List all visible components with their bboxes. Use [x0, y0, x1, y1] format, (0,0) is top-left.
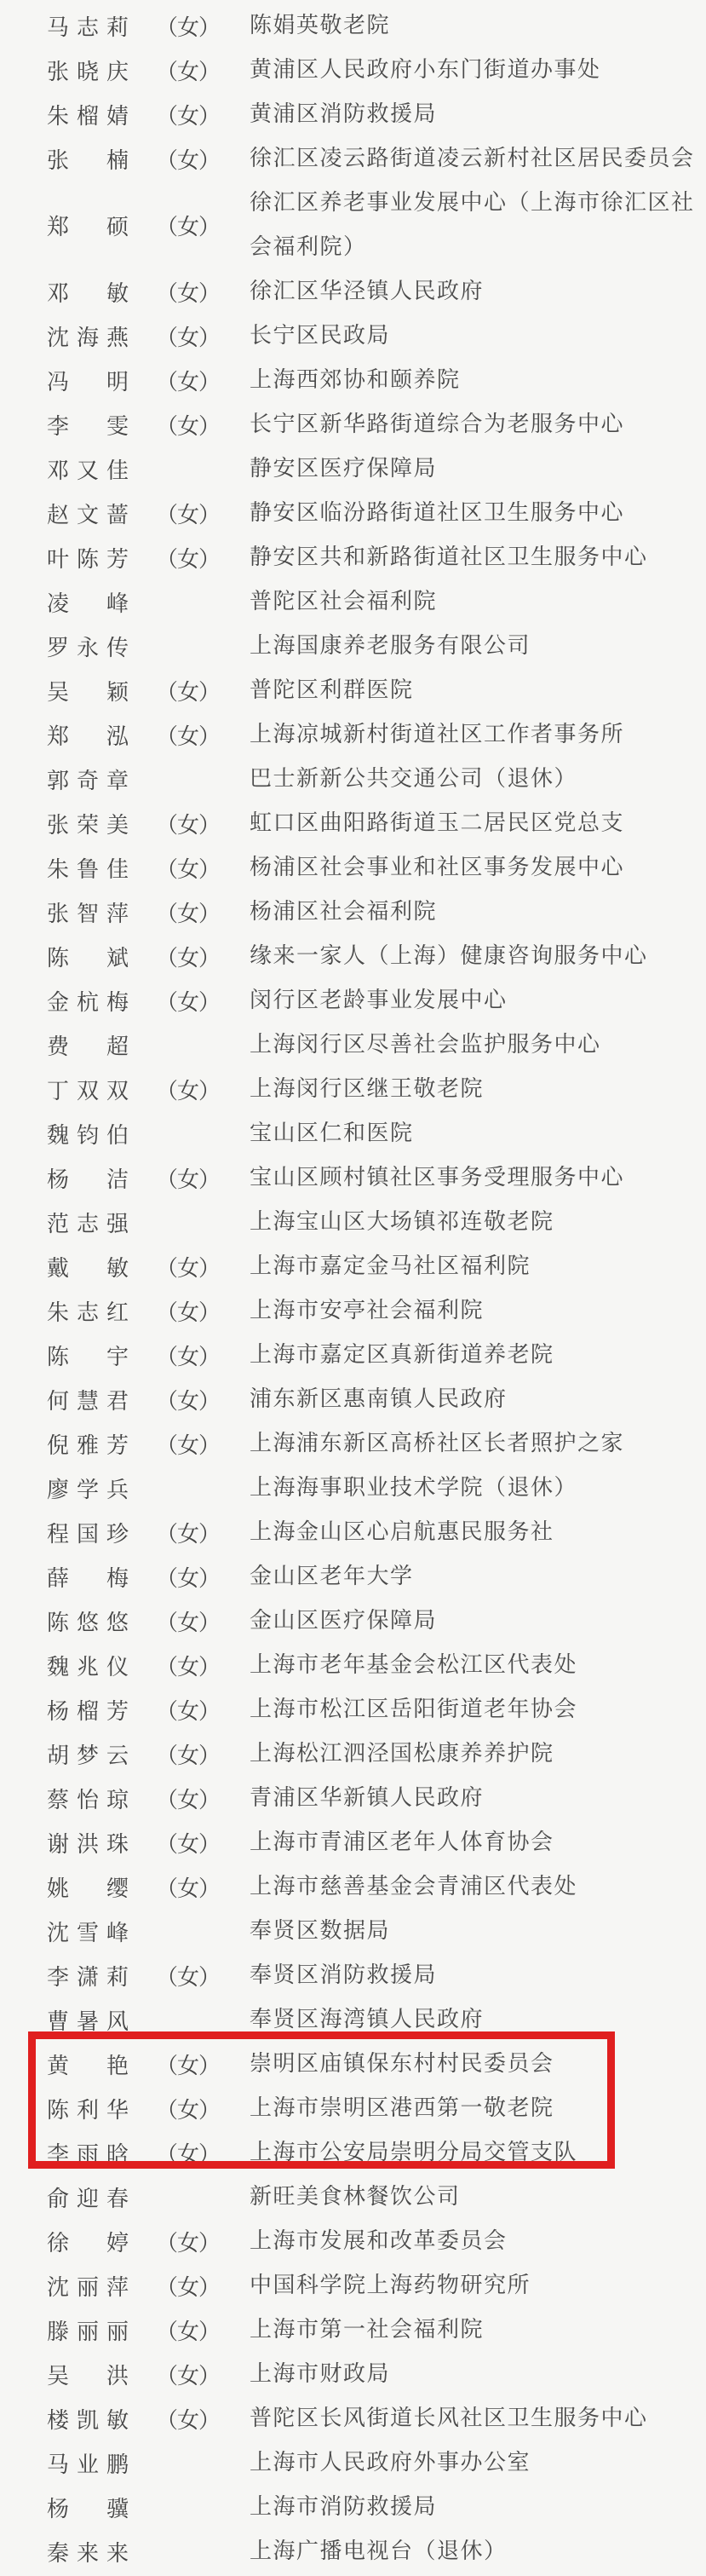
list-row: 倪雅芳 （女） 上海浦东新区高桥社区长者照护之家: [0, 1421, 706, 1466]
organization-name: 上海西郊协和颐养院: [250, 358, 701, 402]
organization-name: 上海国康养老服务有限公司: [250, 624, 701, 668]
person-name: 倪雅芳: [47, 1428, 129, 1460]
list-row: 张晓庆 （女） 黄浦区人民政府小东门街道办事处: [0, 48, 706, 92]
list-row: 赵文蔷 （女） 静安区临汾路街道社区卫生服务中心: [0, 491, 706, 535]
list-row: 金杭梅 （女） 闵行区老龄事业发展中心: [0, 978, 706, 1023]
list-row: 俞迎春 新旺美食林餐饮公司: [0, 2175, 706, 2219]
list-row: 杨榴芳 （女） 上海市松江区岳阳街道老年协会: [0, 1687, 706, 1732]
list-row: 冯明 （女） 上海西郊协和颐养院: [0, 358, 706, 402]
list-row: 姚缨 （女） 上海市慈善基金会青浦区代表处: [0, 1864, 706, 1909]
gender-label: （女）: [156, 896, 221, 928]
gender-label: （女）: [156, 1384, 221, 1415]
list-row: 戴敏 （女） 上海市嘉定金马社区福利院: [0, 1244, 706, 1288]
gender-label: （女）: [156, 675, 221, 706]
person-name: 凌峰: [47, 586, 129, 618]
list-row: 罗永传 上海国康养老服务有限公司: [0, 624, 706, 668]
person-name: 杨洁: [47, 1162, 129, 1194]
list-row: 郑硕 （女） 徐汇区养老事业发展中心（上海市徐汇区社会福利院）: [0, 181, 706, 269]
person-name: 朱志红: [47, 1295, 129, 1327]
person-name: 范志强: [47, 1207, 129, 1238]
person-name: 沈雪峰: [47, 1916, 129, 1947]
person-name: 郭奇章: [47, 764, 129, 795]
list-row: 黄艳 （女） 崇明区庙镇保东村村民委员会: [0, 2042, 706, 2086]
organization-name: 黄浦区消防救援局: [250, 92, 701, 136]
person-name: 杨骥: [47, 2492, 129, 2523]
gender-label: （女）: [156, 143, 221, 175]
person-name: 廖学兵: [47, 1472, 129, 1504]
gender-label: （女）: [156, 10, 221, 42]
gender-label: （女）: [156, 1738, 221, 1770]
organization-name: 静安区医疗保障局: [250, 447, 701, 491]
person-name: 徐婷: [47, 2226, 129, 2257]
organization-name: 上海市财政局: [250, 2352, 701, 2396]
organization-name: 金山区老年大学: [250, 1554, 701, 1599]
organization-name: 长宁区民政局: [250, 314, 701, 358]
person-name: 丁双双: [47, 1074, 129, 1105]
organization-name: 上海市嘉定区真新街道养老院: [250, 1333, 701, 1377]
organization-name: 静安区临汾路街道社区卫生服务中心: [250, 491, 701, 535]
organization-name: 上海市安亭社会福利院: [250, 1288, 701, 1333]
organization-name: 上海市松江区岳阳街道老年协会: [250, 1687, 701, 1732]
organization-name: 浦东新区惠南镇人民政府: [250, 1377, 701, 1421]
organization-name: 上海海事职业技术学院（退休）: [250, 1466, 701, 1510]
person-name: 马业鹏: [47, 2447, 129, 2479]
person-name: 杨榴芳: [47, 1694, 129, 1726]
gender-label: （女）: [156, 409, 221, 441]
person-name: 张荣美: [47, 808, 129, 839]
person-name: 朱榴婧: [47, 99, 129, 130]
organization-name: 巴士新新公共交通公司（退休）: [250, 757, 701, 801]
organization-name: 上海市崇明区港西第一敬老院: [250, 2086, 701, 2130]
organization-name: 虹口区曲阳路街道玉二居民区党总支: [250, 801, 701, 845]
list-row: 陈悠悠 （女） 金山区医疗保障局: [0, 1599, 706, 1643]
person-name: 邓敏: [47, 276, 129, 308]
organization-name: 徐汇区养老事业发展中心（上海市徐汇区社会福利院）: [250, 181, 701, 269]
organization-name: 陈娟英敬老院: [250, 3, 701, 48]
list-row: 沈丽萍 （女） 中国科学院上海药物研究所: [0, 2263, 706, 2308]
person-name: 叶陈芳: [47, 542, 129, 573]
organization-name: 上海广播电视台（退休）: [250, 2529, 701, 2573]
gender-label: （女）: [156, 1251, 221, 1282]
organization-name: 上海闵行区继王敬老院: [250, 1067, 701, 1111]
gender-label: （女）: [156, 1295, 221, 1327]
organization-name: 上海宝山区大场镇祁连敬老院: [250, 1200, 701, 1244]
person-name: 陈悠悠: [47, 1605, 129, 1637]
gender-label: （女）: [156, 1827, 221, 1859]
gender-label: （女）: [156, 365, 221, 396]
list-row: 朱志红 （女） 上海市安亭社会福利院: [0, 1288, 706, 1333]
list-row: 吴洪 （女） 上海市财政局: [0, 2352, 706, 2396]
organization-name: 中国科学院上海药物研究所: [250, 2263, 701, 2308]
organization-name: 上海市第一社会福利院: [250, 2308, 701, 2352]
organization-name: 上海市公安局崇明分局交管支队: [250, 2130, 701, 2175]
gender-label: （女）: [156, 276, 221, 308]
list-row: 秦来来 上海广播电视台（退休）: [0, 2529, 706, 2573]
gender-label: （女）: [156, 2093, 221, 2124]
name-list: 马志莉 （女） 陈娟英敬老院 张晓庆 （女） 黄浦区人民政府小东门街道办事处 朱…: [0, 3, 706, 2573]
list-row: 马志莉 （女） 陈娟英敬老院: [0, 3, 706, 48]
list-row: 张智萍 （女） 杨浦区社会福利院: [0, 890, 706, 934]
list-row: 滕丽丽 （女） 上海市第一社会福利院: [0, 2308, 706, 2352]
list-row: 何慧君 （女） 浦东新区惠南镇人民政府: [0, 1377, 706, 1421]
list-row: 魏钧伯 宝山区仁和医院: [0, 1111, 706, 1155]
gender-label: （女）: [156, 719, 221, 751]
list-row: 沈海燕 （女） 长宁区民政局: [0, 314, 706, 358]
list-row: 廖学兵 上海海事职业技术学院（退休）: [0, 1466, 706, 1510]
organization-name: 上海松江泗泾国松康养养护院: [250, 1732, 701, 1776]
person-name: 何慧君: [47, 1384, 129, 1415]
person-name: 沈丽萍: [47, 2270, 129, 2302]
organization-name: 杨浦区社会福利院: [250, 890, 701, 934]
person-name: 吴颖: [47, 675, 129, 706]
list-row: 范志强 上海宝山区大场镇祁连敬老院: [0, 1200, 706, 1244]
list-row: 陈斌 （女） 缘来一家人（上海）健康咨询服务中心: [0, 934, 706, 978]
organization-name: 静安区共和新路街道社区卫生服务中心: [250, 535, 701, 579]
person-name: 冯明: [47, 365, 129, 396]
list-row: 郑泓 （女） 上海凉城新村街道社区工作者事务所: [0, 712, 706, 757]
list-row: 费超 上海闵行区尽善社会监护服务中心: [0, 1023, 706, 1067]
person-name: 陈宇: [47, 1340, 129, 1371]
person-name: 秦来来: [47, 2536, 129, 2567]
gender-label: （女）: [156, 2137, 221, 2169]
gender-label: （女）: [156, 2359, 221, 2390]
gender-label: （女）: [156, 1428, 221, 1460]
organization-name: 上海市发展和改革委员会: [250, 2219, 701, 2263]
list-row: 杨洁 （女） 宝山区顾村镇社区事务受理服务中心: [0, 1155, 706, 1200]
organization-name: 上海市青浦区老年人体育协会: [250, 1820, 701, 1864]
person-name: 邓又佳: [47, 453, 129, 485]
organization-name: 上海市老年基金会松江区代表处: [250, 1643, 701, 1687]
person-name: 费超: [47, 1029, 129, 1061]
list-row: 郭奇章 巴士新新公共交通公司（退休）: [0, 757, 706, 801]
gender-label: （女）: [156, 320, 221, 352]
list-row: 魏兆仪 （女） 上海市老年基金会松江区代表处: [0, 1643, 706, 1687]
organization-name: 缘来一家人（上海）健康咨询服务中心: [250, 934, 701, 978]
list-row: 邓又佳 静安区医疗保障局: [0, 447, 706, 491]
list-row: 杨骥 上海市消防救援局: [0, 2485, 706, 2529]
scanned-name-list-page: 马志莉 （女） 陈娟英敬老院 张晓庆 （女） 黄浦区人民政府小东门街道办事处 朱…: [0, 0, 706, 2576]
gender-label: （女）: [156, 2226, 221, 2257]
list-row: 陈宇 （女） 上海市嘉定区真新街道养老院: [0, 1333, 706, 1377]
gender-label: （女）: [156, 808, 221, 839]
gender-label: （女）: [156, 542, 221, 573]
person-name: 朱鲁佳: [47, 852, 129, 884]
person-name: 陈斌: [47, 941, 129, 972]
list-row: 叶陈芳 （女） 静安区共和新路街道社区卫生服务中心: [0, 535, 706, 579]
person-name: 金杭梅: [47, 985, 129, 1017]
organization-name: 奉贤区数据局: [250, 1909, 701, 1953]
gender-label: （女）: [156, 1783, 221, 1814]
gender-label: （女）: [156, 2270, 221, 2302]
list-row: 胡梦云 （女） 上海松江泗泾国松康养养护院: [0, 1732, 706, 1776]
list-row: 李雨晗 （女） 上海市公安局崇明分局交管支队: [0, 2130, 706, 2175]
organization-name: 上海浦东新区高桥社区长者照护之家: [250, 1421, 701, 1466]
gender-label: （女）: [156, 1960, 221, 1991]
organization-name: 奉贤区消防救援局: [250, 1953, 701, 1997]
person-name: 程国珍: [47, 1517, 129, 1548]
organization-name: 上海金山区心启航惠民服务社: [250, 1510, 701, 1554]
gender-label: （女）: [156, 210, 221, 241]
person-name: 魏钧伯: [47, 1118, 129, 1150]
person-name: 蔡怡琼: [47, 1783, 129, 1814]
gender-label: （女）: [156, 1650, 221, 1681]
list-row: 邓敏 （女） 徐汇区华泾镇人民政府: [0, 269, 706, 314]
list-row: 程国珍 （女） 上海金山区心启航惠民服务社: [0, 1510, 706, 1554]
organization-name: 徐汇区凌云路街道凌云新村社区居民委员会: [250, 136, 701, 181]
list-row: 陈利华 （女） 上海市崇明区港西第一敬老院: [0, 2086, 706, 2130]
list-row: 徐婷 （女） 上海市发展和改革委员会: [0, 2219, 706, 2263]
person-name: 郑硕: [47, 210, 129, 241]
person-name: 吴洪: [47, 2359, 129, 2390]
list-row: 谢洪珠 （女） 上海市青浦区老年人体育协会: [0, 1820, 706, 1864]
gender-label: （女）: [156, 55, 221, 86]
gender-label: （女）: [156, 1517, 221, 1548]
organization-name: 崇明区庙镇保东村村民委员会: [250, 2042, 701, 2086]
organization-name: 上海市慈善基金会青浦区代表处: [250, 1864, 701, 1909]
organization-name: 上海凉城新村街道社区工作者事务所: [250, 712, 701, 757]
person-name: 楼凯敏: [47, 2403, 129, 2435]
organization-name: 宝山区仁和医院: [250, 1111, 701, 1155]
person-name: 赵文蔷: [47, 498, 129, 529]
person-name: 魏兆仪: [47, 1650, 129, 1681]
person-name: 李潇莉: [47, 1960, 129, 1991]
gender-label: （女）: [156, 2049, 221, 2080]
person-name: 罗永传: [47, 631, 129, 662]
list-row: 楼凯敏 （女） 普陀区长风街道长风社区卫生服务中心: [0, 2396, 706, 2441]
list-row: 朱鲁佳 （女） 杨浦区社会事业和社区事务发展中心: [0, 845, 706, 890]
organization-name: 上海市嘉定金马社区福利院: [250, 1244, 701, 1288]
gender-label: （女）: [156, 1561, 221, 1593]
organization-name: 黄浦区人民政府小东门街道办事处: [250, 48, 701, 92]
organization-name: 徐汇区华泾镇人民政府: [250, 269, 701, 314]
person-name: 张智萍: [47, 896, 129, 928]
gender-label: （女）: [156, 852, 221, 884]
person-name: 沈海燕: [47, 320, 129, 352]
gender-label: （女）: [156, 1871, 221, 1903]
person-name: 李雯: [47, 409, 129, 441]
organization-name: 上海闵行区尽善社会监护服务中心: [250, 1023, 701, 1067]
organization-name: 上海市人民政府外事办公室: [250, 2441, 701, 2485]
person-name: 滕丽丽: [47, 2314, 129, 2346]
list-row: 沈雪峰 奉贤区数据局: [0, 1909, 706, 1953]
person-name: 陈利华: [47, 2093, 129, 2124]
gender-label: （女）: [156, 1074, 221, 1105]
list-row: 李雯 （女） 长宁区新华路街道综合为老服务中心: [0, 402, 706, 447]
organization-name: 奉贤区海湾镇人民政府: [250, 1997, 701, 2042]
gender-label: （女）: [156, 498, 221, 529]
organization-name: 闵行区老龄事业发展中心: [250, 978, 701, 1023]
organization-name: 普陀区利群医院: [250, 668, 701, 712]
gender-label: （女）: [156, 985, 221, 1017]
list-row: 丁双双 （女） 上海闵行区继王敬老院: [0, 1067, 706, 1111]
organization-name: 新旺美食林餐饮公司: [250, 2175, 701, 2219]
list-row: 凌峰 普陀区社会福利院: [0, 579, 706, 624]
person-name: 马志莉: [47, 10, 129, 42]
person-name: 戴敏: [47, 1251, 129, 1282]
list-row: 朱榴婧 （女） 黄浦区消防救援局: [0, 92, 706, 136]
person-name: 姚缨: [47, 1871, 129, 1903]
list-row: 李潇莉 （女） 奉贤区消防救援局: [0, 1953, 706, 1997]
organization-name: 宝山区顾村镇社区事务受理服务中心: [250, 1155, 701, 1200]
organization-name: 上海市消防救援局: [250, 2485, 701, 2529]
list-row: 薛梅 （女） 金山区老年大学: [0, 1554, 706, 1599]
gender-label: （女）: [156, 1162, 221, 1194]
gender-label: （女）: [156, 1340, 221, 1371]
person-name: 曹暑风: [47, 2004, 129, 2036]
gender-label: （女）: [156, 2403, 221, 2435]
gender-label: （女）: [156, 99, 221, 130]
organization-name: 普陀区社会福利院: [250, 579, 701, 624]
organization-name: 杨浦区社会事业和社区事务发展中心: [250, 845, 701, 890]
person-name: 张晓庆: [47, 55, 129, 86]
list-row: 蔡怡琼 （女） 青浦区华新镇人民政府: [0, 1776, 706, 1820]
person-name: 薛梅: [47, 1561, 129, 1593]
person-name: 黄艳: [47, 2049, 129, 2080]
gender-label: （女）: [156, 2314, 221, 2346]
list-row: 曹暑风 奉贤区海湾镇人民政府: [0, 1997, 706, 2042]
organization-name: 普陀区长风街道长风社区卫生服务中心: [250, 2396, 701, 2441]
list-row: 吴颖 （女） 普陀区利群医院: [0, 668, 706, 712]
list-row: 张荣美 （女） 虹口区曲阳路街道玉二居民区党总支: [0, 801, 706, 845]
gender-label: （女）: [156, 941, 221, 972]
list-row: 张楠 （女） 徐汇区凌云路街道凌云新村社区居民委员会: [0, 136, 706, 181]
person-name: 李雨晗: [47, 2137, 129, 2169]
organization-name: 青浦区华新镇人民政府: [250, 1776, 701, 1820]
person-name: 胡梦云: [47, 1738, 129, 1770]
person-name: 俞迎春: [47, 2181, 129, 2213]
person-name: 张楠: [47, 143, 129, 175]
list-row: 马业鹏 上海市人民政府外事办公室: [0, 2441, 706, 2485]
organization-name: 长宁区新华路街道综合为老服务中心: [250, 402, 701, 447]
gender-label: （女）: [156, 1605, 221, 1637]
gender-label: （女）: [156, 1694, 221, 1726]
person-name: 谢洪珠: [47, 1827, 129, 1859]
organization-name: 金山区医疗保障局: [250, 1599, 701, 1643]
person-name: 郑泓: [47, 719, 129, 751]
